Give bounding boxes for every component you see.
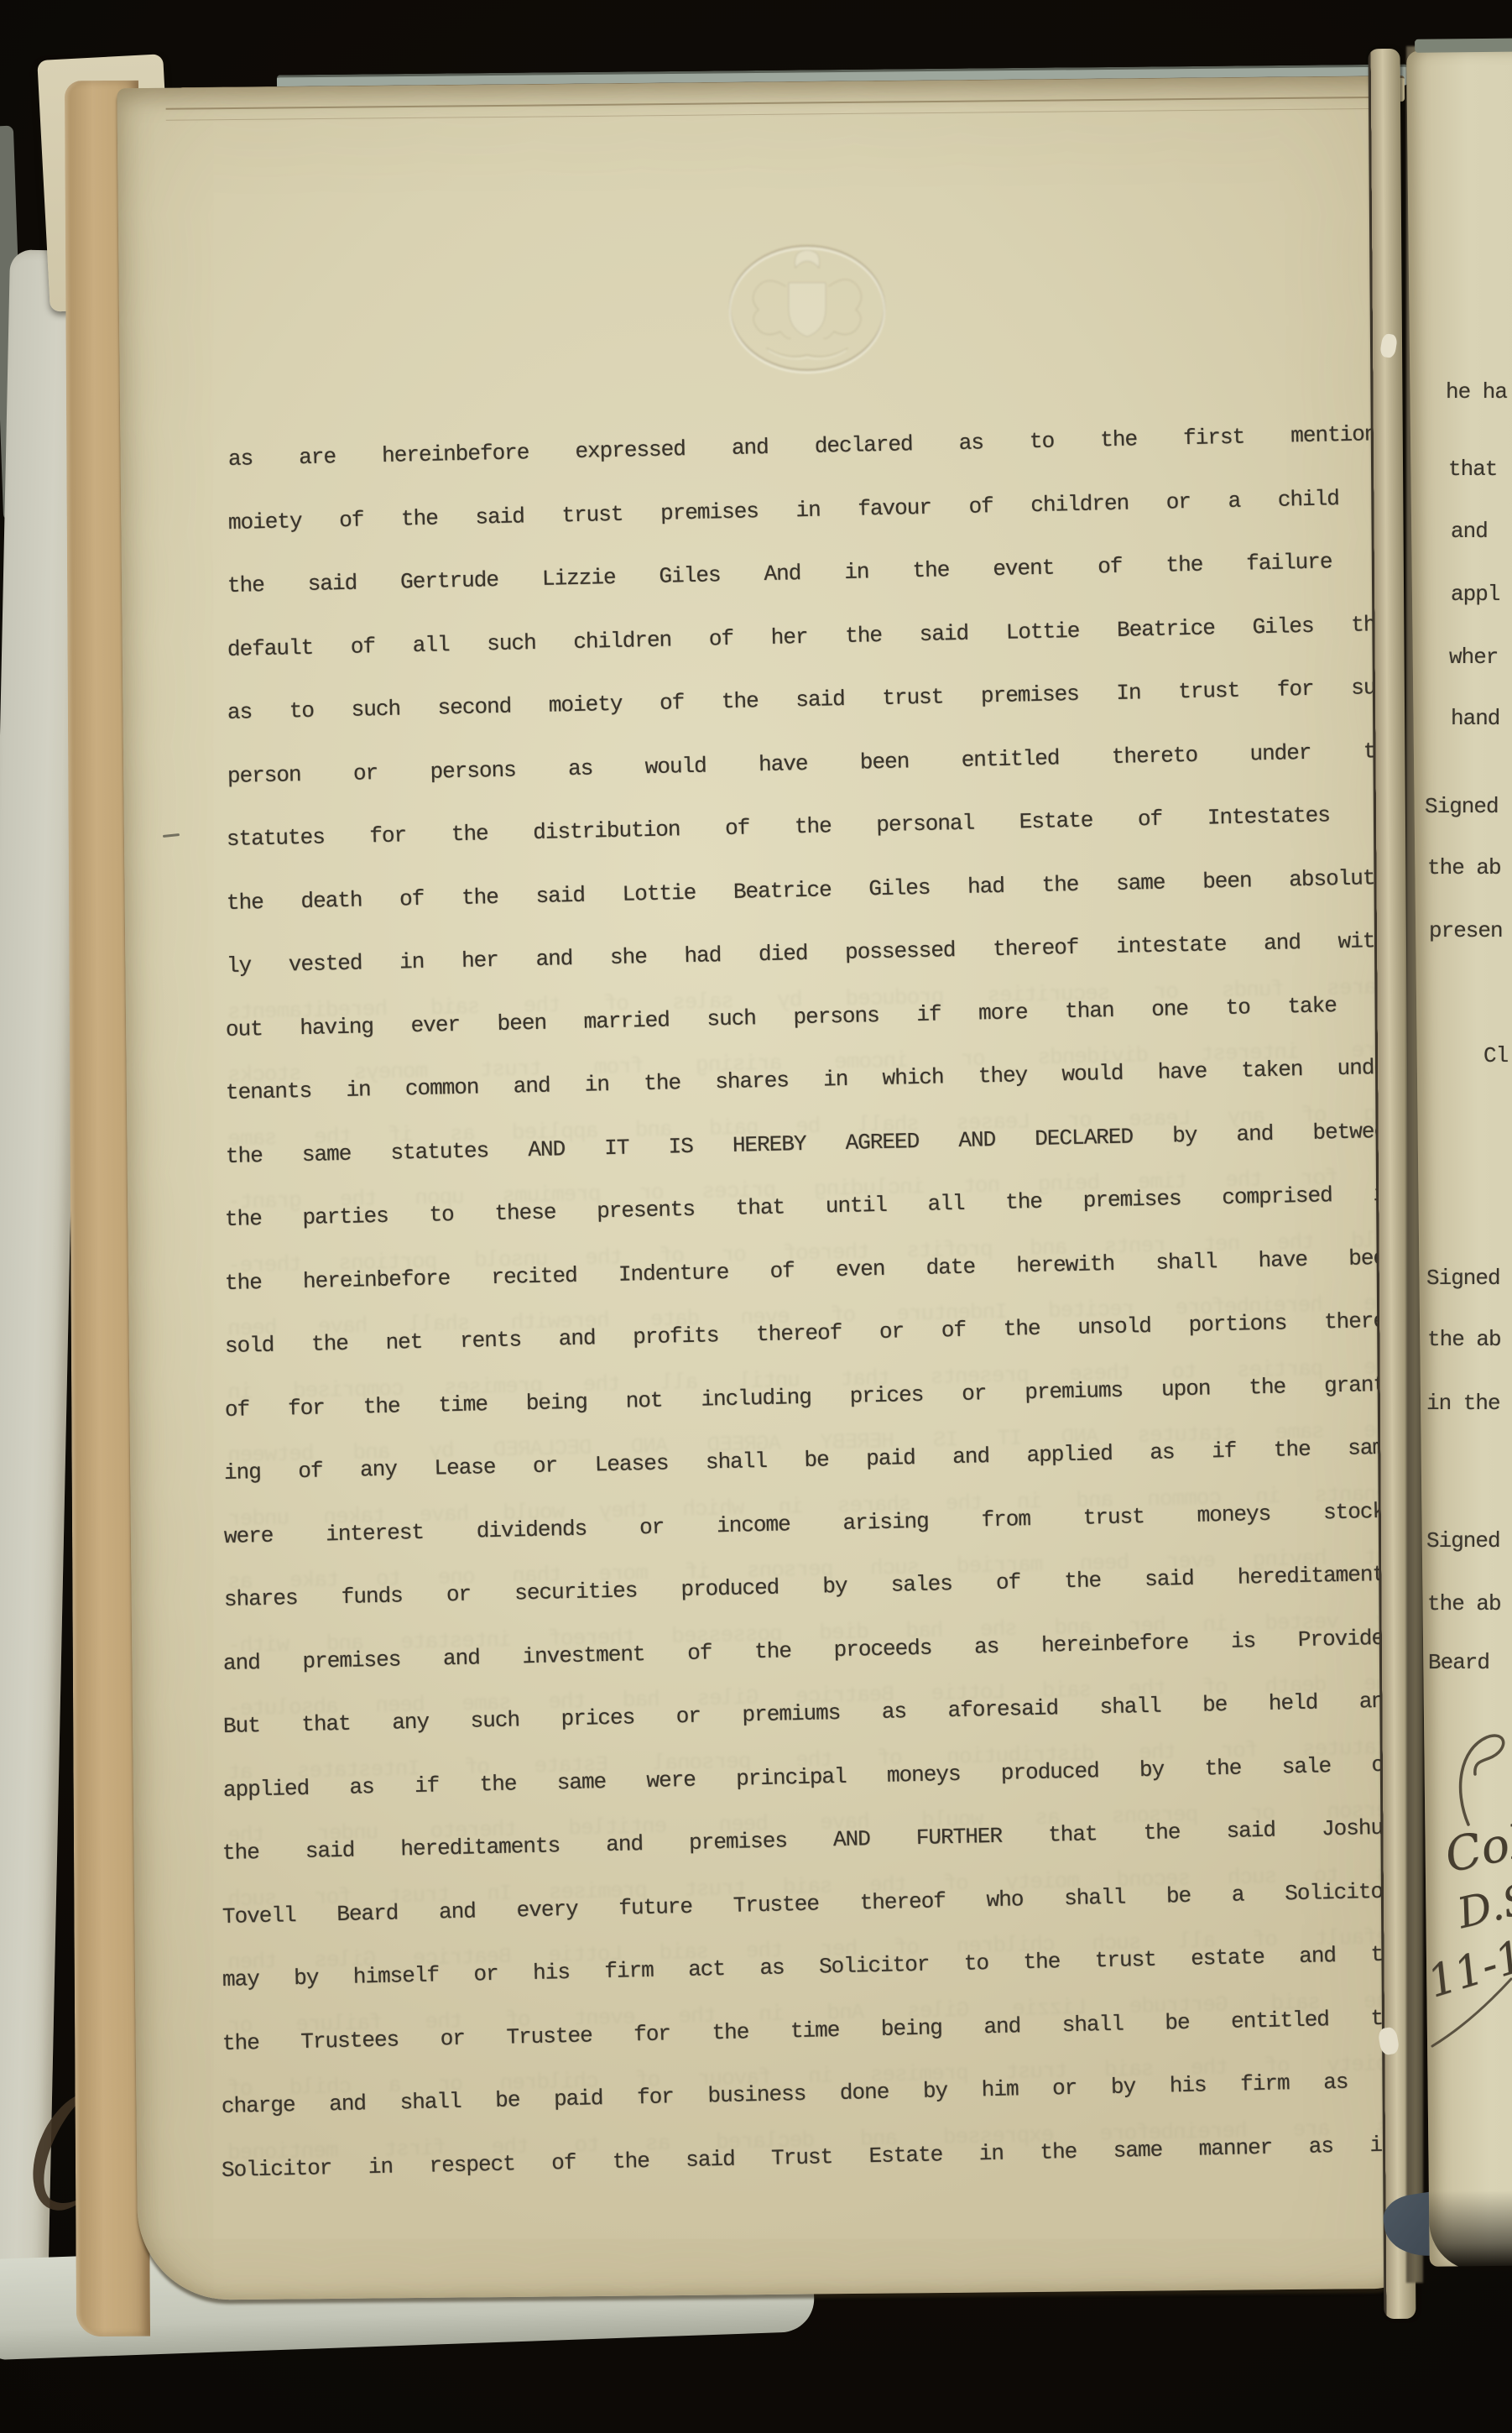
adjacent-page-fragment: in the: [1426, 1391, 1500, 1416]
seal-motto-scroll: [767, 348, 847, 357]
adjacent-page-fragment: the ab: [1427, 855, 1501, 880]
document-photo: shares funds or securities produced by s…: [0, 0, 1512, 2433]
adjacent-page-fragment: Beard: [1428, 1650, 1489, 1675]
adjacent-page-fragment: that: [1448, 457, 1497, 482]
adjacent-page-fragment: wher: [1449, 645, 1498, 670]
seal-unicorn-supporter: [824, 279, 862, 338]
handwritten-underline-stroke: [1429, 1974, 1512, 2049]
adjacent-page-fragment: Signed: [1426, 1528, 1500, 1553]
adjacent-page-fragment: and: [1451, 519, 1488, 544]
adjacent-page-fragment: the ab: [1427, 1327, 1501, 1352]
seal-lion-supporter: [753, 280, 790, 338]
adjacent-page-fragment: Signed: [1425, 794, 1499, 819]
adjacent-page-fragment: Signed: [1426, 1266, 1500, 1291]
adjacent-page-fragment: Cl: [1483, 1043, 1508, 1068]
adjacent-page-fragment: appl: [1451, 582, 1499, 607]
seal-shield: [789, 283, 826, 337]
seal-crown: [795, 250, 820, 268]
adjacent-page-fragment: presen: [1429, 918, 1503, 943]
embossed-royal-crest-seal: [715, 232, 899, 384]
adjacent-page-fragment: he ha: [1446, 379, 1507, 405]
adjacent-page-fragment: hand: [1451, 706, 1499, 731]
adjacent-page-fragment: the ab: [1427, 1591, 1501, 1616]
